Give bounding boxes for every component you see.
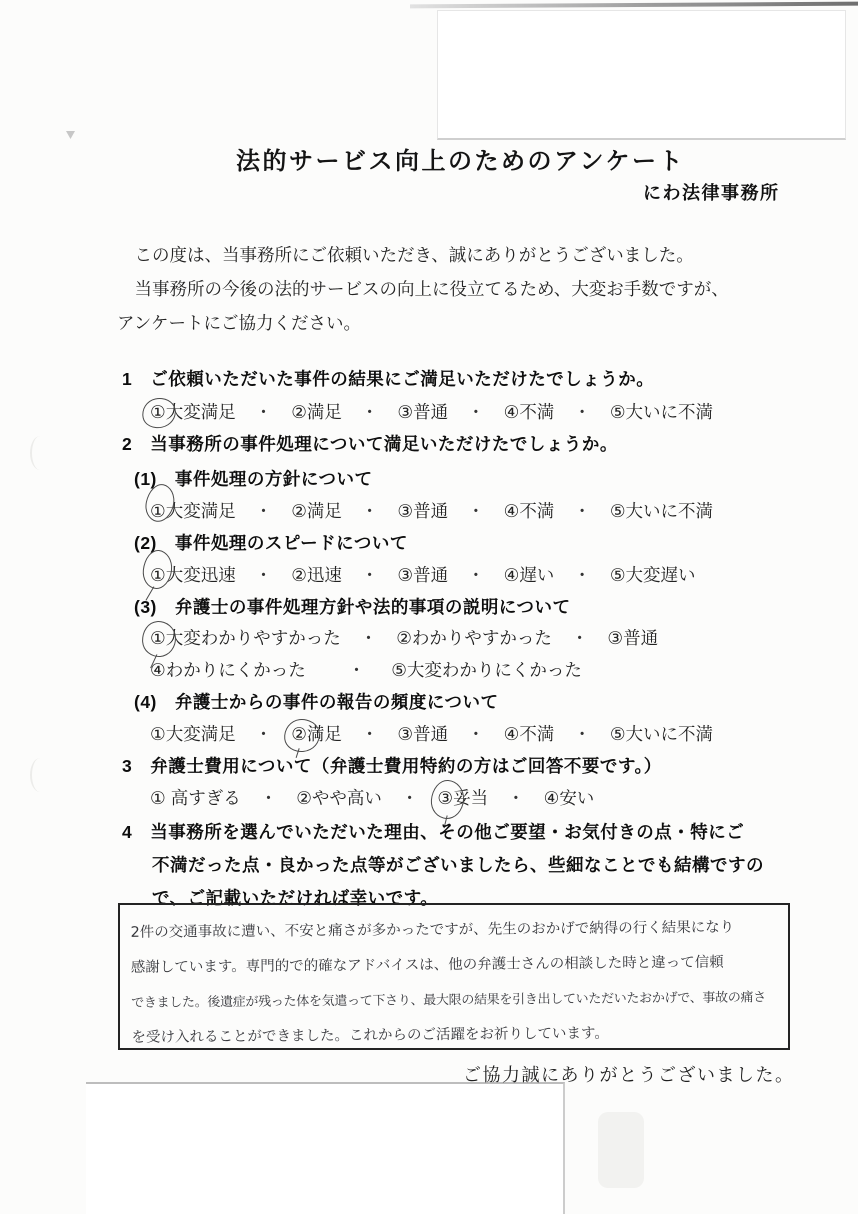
option-separator: ・ bbox=[571, 628, 589, 648]
option: ④わかりにくかった bbox=[150, 660, 306, 680]
question-4-heading-line: 不満だった点・良かった点等がございましたら、些細なことでも結構ですの bbox=[122, 849, 764, 882]
option: ②満足 bbox=[291, 402, 342, 422]
option-separator: ・ bbox=[573, 724, 591, 744]
question-2-2-heading: (2) 事件処理のスピードについて bbox=[134, 530, 408, 555]
scan-artifact-curve bbox=[30, 758, 50, 792]
question-2-4-options: ①大変満足・②満足・③普通・④不満・⑤大いに不満 bbox=[150, 721, 713, 746]
option-separator: ・ bbox=[467, 724, 485, 744]
option: ②迅速 bbox=[291, 565, 342, 585]
option: ③普通 bbox=[397, 724, 448, 744]
option: ⑤大変わかりにくかった bbox=[391, 660, 582, 680]
office-name: にわ法律事務所 bbox=[643, 179, 780, 205]
scan-artifact-mark bbox=[66, 131, 75, 139]
option: ⑤大いに不満 bbox=[610, 402, 713, 422]
intro-line: アンケートにご協力ください。 bbox=[117, 306, 782, 340]
option: ③普通 bbox=[397, 565, 448, 585]
question-2-1-options: ①大変満足・②満足・③普通・④不満・⑤大いに不満 bbox=[150, 498, 713, 523]
option-separator: ・ bbox=[260, 788, 278, 808]
option: ①大変満足 bbox=[150, 501, 236, 521]
option-separator: ・ bbox=[401, 788, 419, 808]
option-separator: ・ bbox=[507, 788, 525, 808]
option: ⑤大いに不満 bbox=[610, 501, 713, 521]
option: ④安い bbox=[544, 788, 595, 808]
option: ②わかりやすかった bbox=[396, 628, 552, 648]
question-2-1-heading: (1) 事件処理の方針について bbox=[134, 466, 373, 491]
handwritten-comment-text: 2件の交通事故に遭い、不安と痛さが多かったですが、先生のおかげで納得の行く結果に… bbox=[130, 910, 781, 1056]
option-separator: ・ bbox=[573, 402, 591, 422]
page-title: 法的サービス向上のためのアンケート bbox=[236, 141, 685, 176]
question-2-2-options: ①大変迅速・②迅速・③普通・④遅い・⑤大変遅い bbox=[150, 562, 696, 587]
option: ③普通 bbox=[397, 402, 448, 422]
option-separator: ・ bbox=[255, 402, 273, 422]
answer-circle-mark: ① bbox=[150, 402, 166, 423]
option: ④不満 bbox=[504, 501, 555, 521]
option: ③妥当 bbox=[437, 788, 488, 808]
option-separator: ・ bbox=[467, 501, 485, 521]
question-4-heading-line: 4 当事務所を選んでいただいた理由、その他ご要望・お気付きの点・特にご bbox=[122, 816, 764, 849]
option: ①高すぎる bbox=[150, 788, 241, 808]
option: ①大変迅速 bbox=[150, 565, 236, 585]
intro-line: 当事務所の今後の法的サービスの向上に役立てるため、大変お手数ですが、 bbox=[117, 272, 782, 306]
option: ②やや高い bbox=[296, 788, 382, 808]
question-2-4-heading: (4) 弁護士からの事件の報告の頻度について bbox=[134, 689, 499, 714]
redaction-box-top-right bbox=[437, 10, 846, 140]
scan-artifact-top-streak bbox=[410, 2, 858, 9]
answer-circle-mark: ① bbox=[150, 628, 166, 649]
option-separator: ・ bbox=[467, 565, 485, 585]
option: ④不満 bbox=[504, 402, 555, 422]
intro-line: この度は、当事務所にご依頼いただき、誠にありがとうございました。 bbox=[117, 238, 782, 272]
option-separator: ・ bbox=[348, 660, 366, 680]
handwritten-line: 2件の交通事故に遭い、不安と痛さが多かったですが、先生のおかげで納得の行く結果に… bbox=[130, 910, 780, 951]
option-separator: ・ bbox=[361, 565, 379, 585]
handwritten-line: できました。後遺症が残った体を気遣って下さり、最大限の結果を引き出していただいた… bbox=[131, 980, 781, 1021]
option-separator: ・ bbox=[467, 402, 485, 422]
option-separator: ・ bbox=[360, 628, 378, 648]
scan-artifact-smudge bbox=[598, 1112, 644, 1188]
question-2-3-heading: (3) 弁護士の事件処理方針や法的事項の説明について bbox=[134, 594, 571, 619]
intro-paragraph: この度は、当事務所にご依頼いただき、誠にありがとうございました。 当事務所の今後… bbox=[117, 238, 782, 340]
question-3-options: ①高すぎる・②やや高い・③妥当・④安い bbox=[150, 785, 594, 810]
question-4-heading: 4 当事務所を選んでいただいた理由、その他ご要望・お気付きの点・特にご 不満だっ… bbox=[122, 816, 764, 915]
option-separator: ・ bbox=[255, 501, 273, 521]
option: ④遅い bbox=[504, 565, 555, 585]
option-separator: ・ bbox=[361, 402, 379, 422]
scanned-questionnaire-page: 法的サービス向上のためのアンケート にわ法律事務所 この度は、当事務所にご依頼い… bbox=[0, 0, 858, 1214]
option-separator: ・ bbox=[361, 724, 379, 744]
question-1-options: ①大変満足・②満足・③普通・④不満・⑤大いに不満 bbox=[150, 399, 713, 424]
question-3-heading: 3 弁護士費用について（弁護士費用特約の方はご回答不要です。） bbox=[122, 753, 662, 778]
question-2-3-options-row2: ④わかりにくかった・⑤大変わかりにくかった bbox=[150, 657, 582, 682]
answer-circle-mark: ② bbox=[291, 724, 307, 745]
option: ③普通 bbox=[607, 628, 658, 648]
option-separator: ・ bbox=[255, 565, 273, 585]
answer-circle-mark: ① bbox=[150, 565, 166, 586]
option: ②満足 bbox=[291, 501, 342, 521]
question-2-3-options-row1: ①大変わかりやすかった・②わかりやすかった・③普通 bbox=[150, 625, 658, 650]
redaction-box-bottom-left bbox=[86, 1082, 565, 1214]
option: ③普通 bbox=[397, 501, 448, 521]
option: ④不満 bbox=[504, 724, 555, 744]
option: ①大変満足 bbox=[150, 724, 236, 744]
option: ①大変満足 bbox=[150, 402, 236, 422]
scan-artifact-curve bbox=[30, 436, 50, 470]
handwritten-line: を受け入れることができました。これからのご活躍をお祈りしています。 bbox=[131, 1015, 781, 1056]
question-1-heading: 1 ご依頼いただいた事件の結果にご満足いただけたでしょうか。 bbox=[122, 366, 654, 391]
answer-circle-mark: ③ bbox=[437, 788, 453, 809]
option: ⑤大いに不満 bbox=[610, 724, 713, 744]
answer-circle-mark: ① bbox=[150, 501, 166, 522]
option: ①大変わかりやすかった bbox=[150, 628, 341, 648]
closing-thanks-text: ご協力誠にありがとうございました。 bbox=[463, 1061, 795, 1087]
option-separator: ・ bbox=[361, 501, 379, 521]
option-separator: ・ bbox=[573, 501, 591, 521]
handwritten-line: 感謝しています。専門的で的確なアドバイスは、他の弁護士さんの相談した時と違って信… bbox=[131, 945, 781, 986]
option-separator: ・ bbox=[573, 565, 591, 585]
question-2-heading: 2 当事務所の事件処理について満足いただけたでしょうか。 bbox=[122, 431, 618, 456]
option-separator: ・ bbox=[255, 724, 273, 744]
option: ②満足 bbox=[291, 724, 342, 744]
option: ⑤大変遅い bbox=[610, 565, 696, 585]
